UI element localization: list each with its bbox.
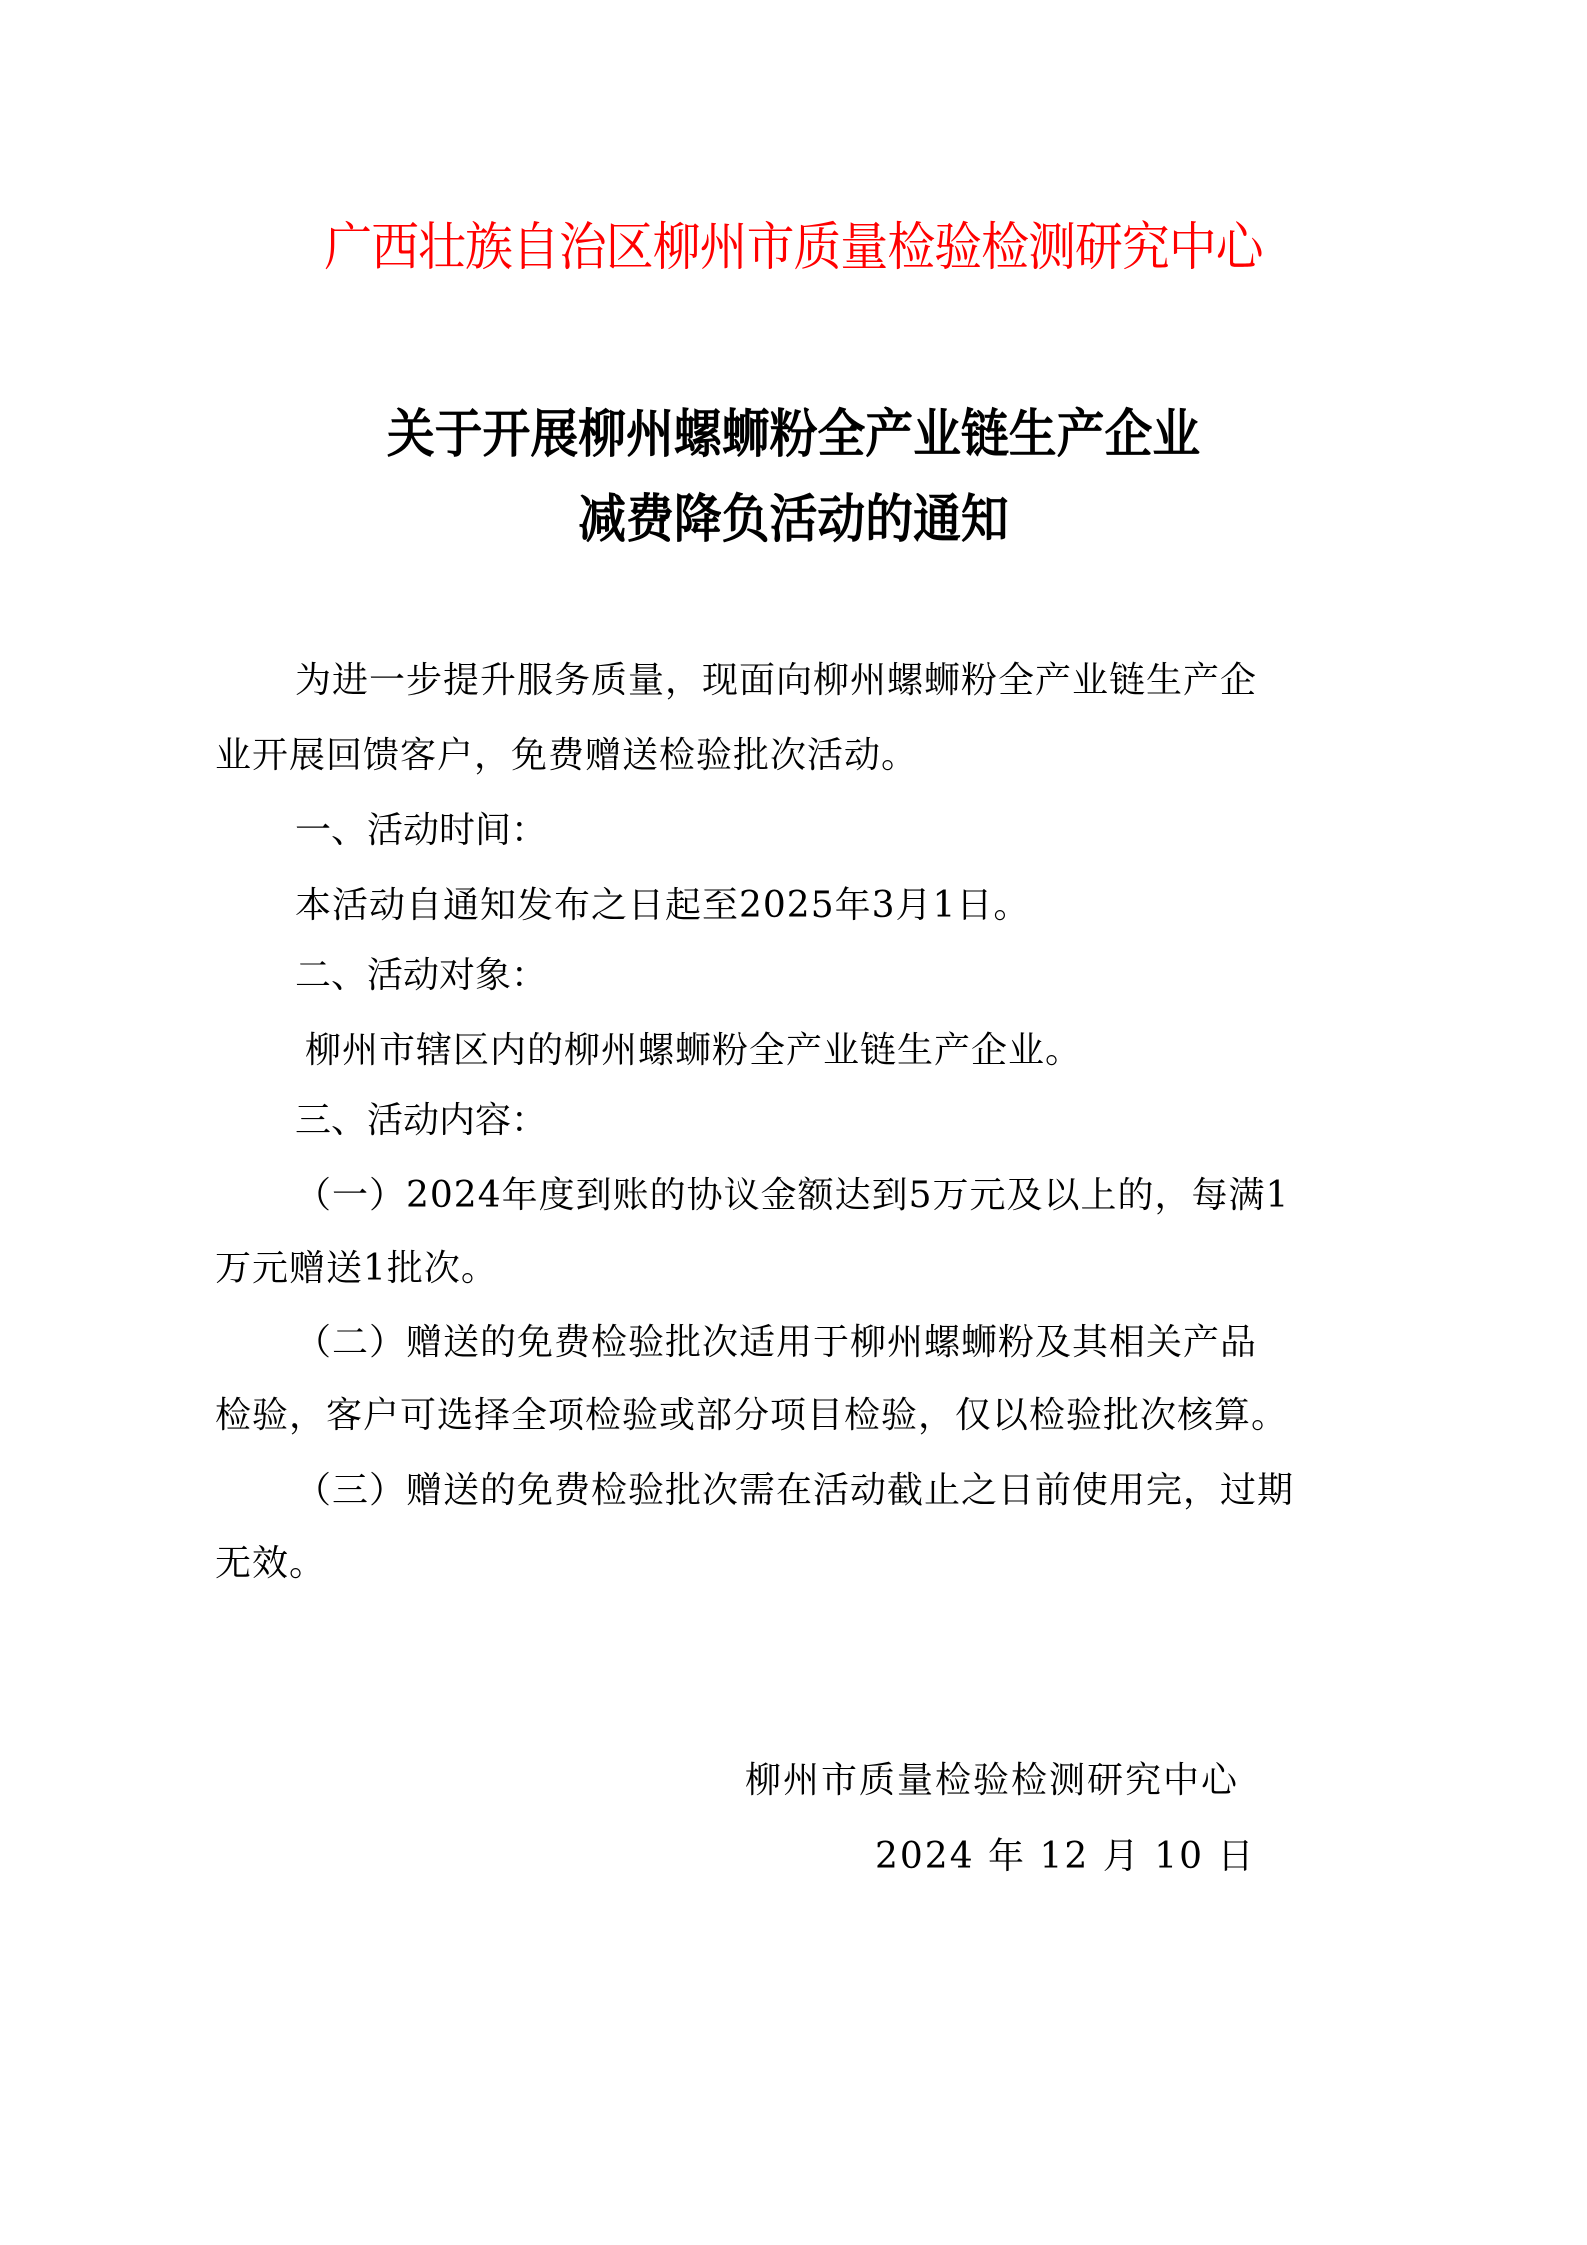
- organization-header: 广西壮族自治区柳州市质量检验检测研究中心: [63, 218, 1523, 278]
- notice-title-line-1: 关于开展柳州螺蛳粉全产业链生产企业: [63, 405, 1523, 465]
- content-item-1-line-1: （一）2024年度到账的协议金额达到5万元及以上的，每满1: [295, 1175, 1475, 1217]
- content-item-3-line-2: 无效。: [215, 1543, 1395, 1585]
- section-heading-target: 二、活动对象：: [295, 955, 547, 997]
- signature-date: 2024 年 12 月 10 日: [875, 1836, 1255, 1878]
- notice-title-line-2: 减费降负活动的通知: [63, 490, 1523, 550]
- section-heading-time: 一、活动时间：: [295, 810, 547, 852]
- content-item-3-line-1: （三）赠送的免费检验批次需在活动截止之日前使用完，过期: [295, 1470, 1475, 1512]
- section-time-text: 本活动自通知发布之日起至2025年3月1日。: [295, 885, 1475, 927]
- signature-organization: 柳州市质量检验检测研究中心: [745, 1760, 1239, 1802]
- content-item-1-line-2: 万元赠送1批次。: [215, 1248, 1395, 1290]
- intro-line-1: 为进一步提升服务质量，现面向柳州螺蛳粉全产业链生产企: [295, 660, 1475, 702]
- section-target-text: 柳州市辖区内的柳州螺蛳粉全产业链生产企业。: [305, 1030, 1485, 1072]
- document-page: 广西壮族自治区柳州市质量检验检测研究中心 关于开展柳州螺蛳粉全产业链生产企业 减…: [0, 0, 1587, 2245]
- content-item-2-line-2: 检验，客户可选择全项检验或部分项目检验，仅以检验批次核算。: [215, 1395, 1395, 1437]
- intro-line-2: 业开展回馈客户，免费赠送检验批次活动。: [215, 735, 1395, 777]
- content-item-2-line-1: （二）赠送的免费检验批次适用于柳州螺蛳粉及其相关产品: [295, 1322, 1475, 1364]
- section-heading-content: 三、活动内容：: [295, 1100, 547, 1142]
